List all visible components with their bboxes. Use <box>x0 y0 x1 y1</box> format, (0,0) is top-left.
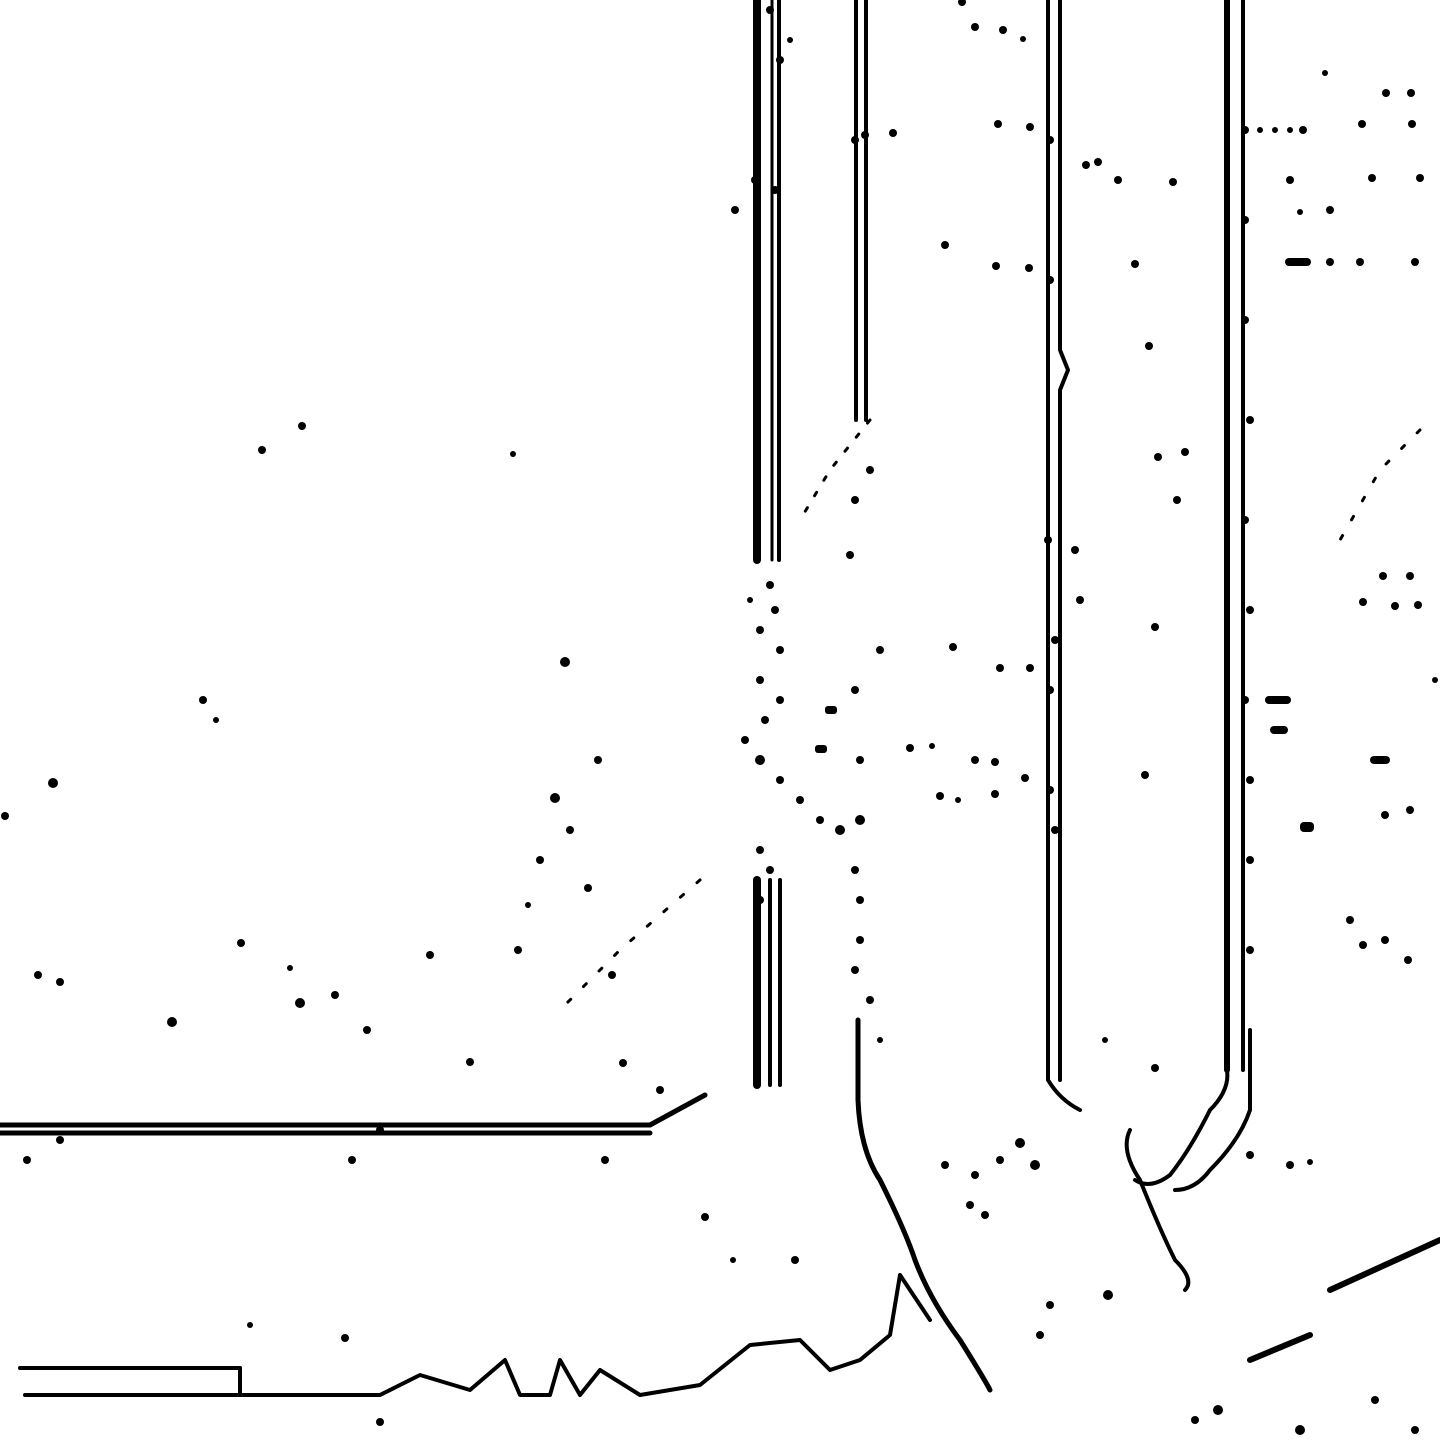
dash-marks <box>815 258 1390 832</box>
edge-detection-image <box>0 0 1440 1440</box>
diagonal-edge-right <box>1250 1240 1440 1360</box>
pole-3-edges <box>1048 0 1080 1110</box>
curb-line-upper <box>0 1095 705 1133</box>
noise-dots <box>1 0 1438 1435</box>
pole-1-edges <box>757 0 780 1085</box>
pole-4-edges <box>1127 0 1250 1290</box>
edge-drawing <box>0 0 1440 1440</box>
diagonal-trail <box>560 420 1420 1010</box>
pole-2-edges <box>856 0 990 1390</box>
curb-line-lower <box>20 1275 930 1395</box>
